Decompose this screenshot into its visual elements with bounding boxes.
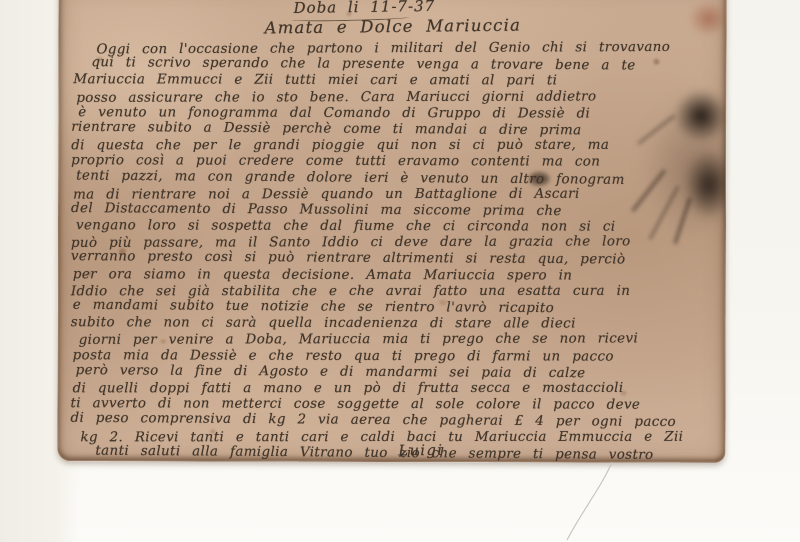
dateline: Doba li 11-7-37 <box>293 0 435 17</box>
scratch-line <box>540 458 660 542</box>
letter-text: Doba li 11-7-37 Amata e Dolce Mariuccia … <box>58 0 725 462</box>
letter-line: posso assicurare che io sto bene. Cara M… <box>76 89 721 107</box>
letter-body: Oggi con l'occasione che partono i milit… <box>70 40 721 463</box>
postcard-paper: Doba li 11-7-37 Amata e Dolce Mariuccia … <box>57 0 726 463</box>
letter-line: di peso comprensiva di kg 2 via aerea ch… <box>70 411 720 432</box>
letter-line: giorni per venire a Doba, Mariuccia mia … <box>79 332 721 350</box>
letter-line: Mariuccia Emmucci e Zii tutti miei cari … <box>73 73 721 91</box>
scanned-postcard-image: Doba li 11-7-37 Amata e Dolce Mariuccia … <box>0 0 800 542</box>
letter-line: per ora siamo in questa decisione. Amata… <box>73 267 721 285</box>
letter-line: di questa che per le grandi pioggie qui … <box>71 138 721 155</box>
letter-line: di quelli doppi fatti a mano e un pò di … <box>73 381 721 398</box>
salutation: Amata e Dolce Mariuccia <box>264 16 521 38</box>
signature: Luigi <box>398 443 443 460</box>
